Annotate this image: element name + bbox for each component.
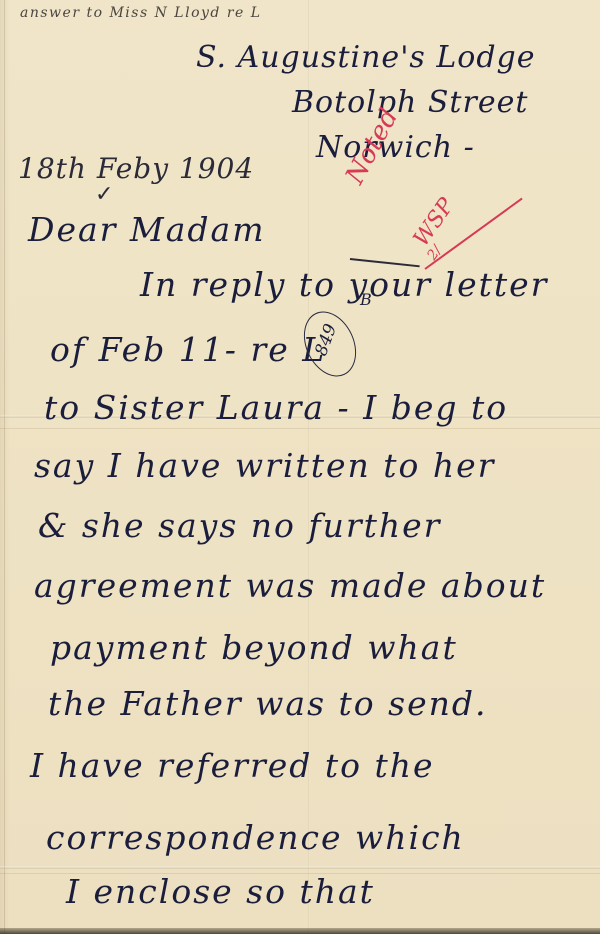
page-bottom-edge	[0, 928, 600, 934]
letter-page: answer to Miss N Lloyd re L S. Augustine…	[0, 0, 600, 934]
address-line-1: S. Augustine's Lodge	[196, 40, 536, 75]
stamp-initials: WSP	[409, 194, 460, 251]
body-line-9: I have referred to the	[30, 746, 435, 785]
checkmark-icon: ✓	[95, 182, 113, 207]
body-line-3: to Sister Laura - I beg to	[44, 388, 508, 427]
body-line-8: the Father was to send.	[48, 684, 487, 723]
horizontal-fold-line-lower	[0, 866, 600, 869]
body-line-1: In reply to your letter	[140, 265, 548, 304]
crease-line	[0, 428, 600, 429]
body-line-6: agreement was made about	[34, 566, 546, 605]
top-annotation: answer to Miss N Lloyd re L	[20, 5, 262, 21]
body-line-5: & she says no further	[38, 506, 441, 545]
body-line-11: I enclose so that	[66, 872, 375, 911]
body-line-2: of Feb 11- re L	[50, 330, 326, 369]
body-line-4: say I have written to her	[34, 446, 495, 485]
reference-suffix: B	[360, 290, 373, 309]
address-line-2: Botolph Street	[292, 85, 528, 120]
body-line-7: payment beyond what	[50, 628, 458, 667]
salutation: Dear Madam	[28, 210, 265, 249]
letter-date: 18th Feby 1904	[18, 152, 254, 185]
page-left-edge	[4, 0, 5, 934]
address-line-3: Norwich -	[316, 130, 475, 165]
body-line-10: correspondence which	[46, 818, 465, 857]
